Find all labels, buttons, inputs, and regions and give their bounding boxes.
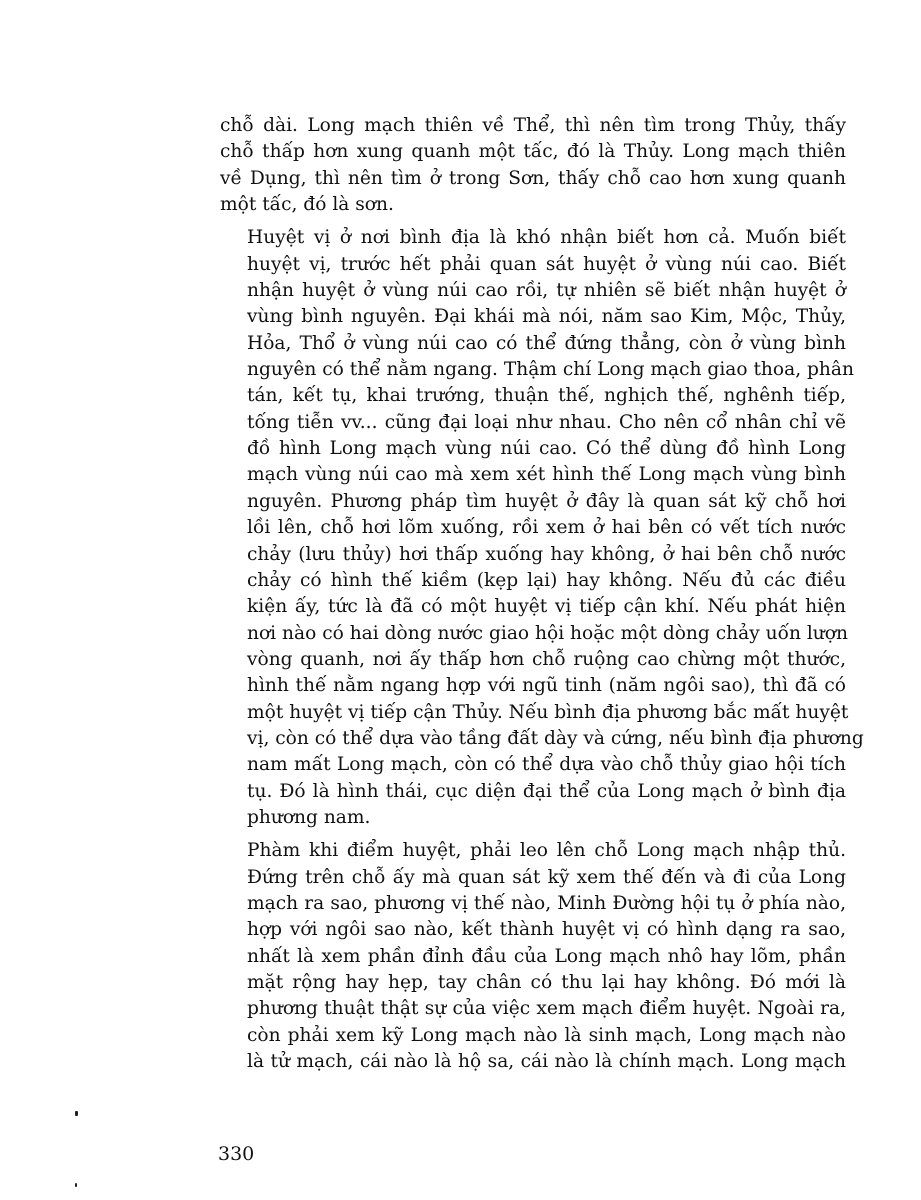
text-line: nguyên. Phương pháp tìm huyệt ở đây là q… xyxy=(220,489,846,515)
text-line: là tử mạch, cái nào là hộ sa, cái nào là… xyxy=(220,1049,846,1075)
text-line: mạch ra sao, phương vị thế nào, Minh Đườ… xyxy=(220,891,846,917)
text-line: phương nam. xyxy=(220,805,846,831)
text-line: mặt rộng hay hẹp, tay chân có thu lại ha… xyxy=(220,970,846,996)
text-line: Đứng trên chỗ ấy mà quan sát kỹ xem thế … xyxy=(220,865,846,891)
text-line: nơi nào có hai dòng nước giao hội hoặc m… xyxy=(220,621,846,647)
text-line: vùng bình nguyên. Đại khái mà nói, năm s… xyxy=(220,304,846,330)
text-line: chỗ thấp hơn xung quanh một tấc, đó là T… xyxy=(220,139,846,165)
text-line: còn phải xem kỹ Long mạch nào là sinh mạ… xyxy=(220,1023,846,1049)
paragraph: Huyệt vị ở nơi bình địa là khó nhận biết… xyxy=(220,225,846,831)
text-line: chỗ dài. Long mạch thiên về Thể, thì nên… xyxy=(220,113,846,139)
text-line: nam mất Long mạch, còn có thể dựa vào ch… xyxy=(220,752,846,778)
text-line: tán, kết tụ, khai trướng, thuận thế, ngh… xyxy=(220,383,846,409)
text-line: Hỏa, Thổ ở vùng núi cao có thể đứng thẳn… xyxy=(220,331,846,357)
text-line: chảy (lưu thủy) hơi thấp xuống hay không… xyxy=(220,542,846,568)
text-line: hợp với ngôi sao nào, kết thành huyệt vị… xyxy=(220,917,846,943)
body-text: chỗ dài. Long mạch thiên về Thể, thì nên… xyxy=(220,113,846,1075)
text-line: tống tiễn vv... cũng đại loại như nhau. … xyxy=(220,410,846,436)
text-line: vị, còn có thể dựa vào tầng đất dày và c… xyxy=(220,726,846,752)
book-page: chỗ dài. Long mạch thiên về Thể, thì nên… xyxy=(0,0,921,1200)
text-line: về Dụng, thì nên tìm ở trong Sơn, thấy c… xyxy=(220,166,846,192)
text-line: Huyệt vị ở nơi bình địa là khó nhận biết… xyxy=(220,225,846,251)
text-line: hình thế nằm ngang hợp với ngũ tinh (năm… xyxy=(220,673,846,699)
text-line: huyệt vị, trước hết phải quan sát huyệt … xyxy=(220,252,846,278)
scan-speck xyxy=(75,1183,77,1187)
paragraph: chỗ dài. Long mạch thiên về Thể, thì nên… xyxy=(220,113,846,218)
text-line: vòng quanh, nơi ấy thấp hơn chỗ ruộng ca… xyxy=(220,647,846,673)
text-line: nhất là xem phần đỉnh đầu của Long mạch … xyxy=(220,944,846,970)
text-line: kiện ấy, tức là đã có một huyệt vị tiếp … xyxy=(220,594,846,620)
paragraph: Phàm khi điểm huyệt, phải leo lên chỗ Lo… xyxy=(220,838,846,1075)
text-line: Phàm khi điểm huyệt, phải leo lên chỗ Lo… xyxy=(220,838,846,864)
text-line: lồi lên, chỗ hơi lõm xuống, rồi xem ở ha… xyxy=(220,515,846,541)
text-line: một tấc, đó là sơn. xyxy=(220,192,846,218)
text-line: tụ. Đó là hình thái, cục diện đại thể củ… xyxy=(220,779,846,805)
text-line: đồ hình Long mạch vùng núi cao. Có thể d… xyxy=(220,436,846,462)
page-number: 330 xyxy=(218,1143,254,1165)
text-line: phương thuật thật sự của việc xem mạch đ… xyxy=(220,996,846,1022)
text-line: nhận huyệt ở vùng núi cao rồi, tự nhiên … xyxy=(220,278,846,304)
text-line: mạch vùng núi cao mà xem xét hình thế Lo… xyxy=(220,462,846,488)
scan-speck xyxy=(75,1111,78,1116)
text-line: nguyên có thể nằm ngang. Thậm chí Long m… xyxy=(220,357,846,383)
text-line: chảy có hình thế kiềm (kẹp lại) hay khôn… xyxy=(220,568,846,594)
text-line: một huyệt vị tiếp cận Thủy. Nếu bình địa… xyxy=(220,700,846,726)
